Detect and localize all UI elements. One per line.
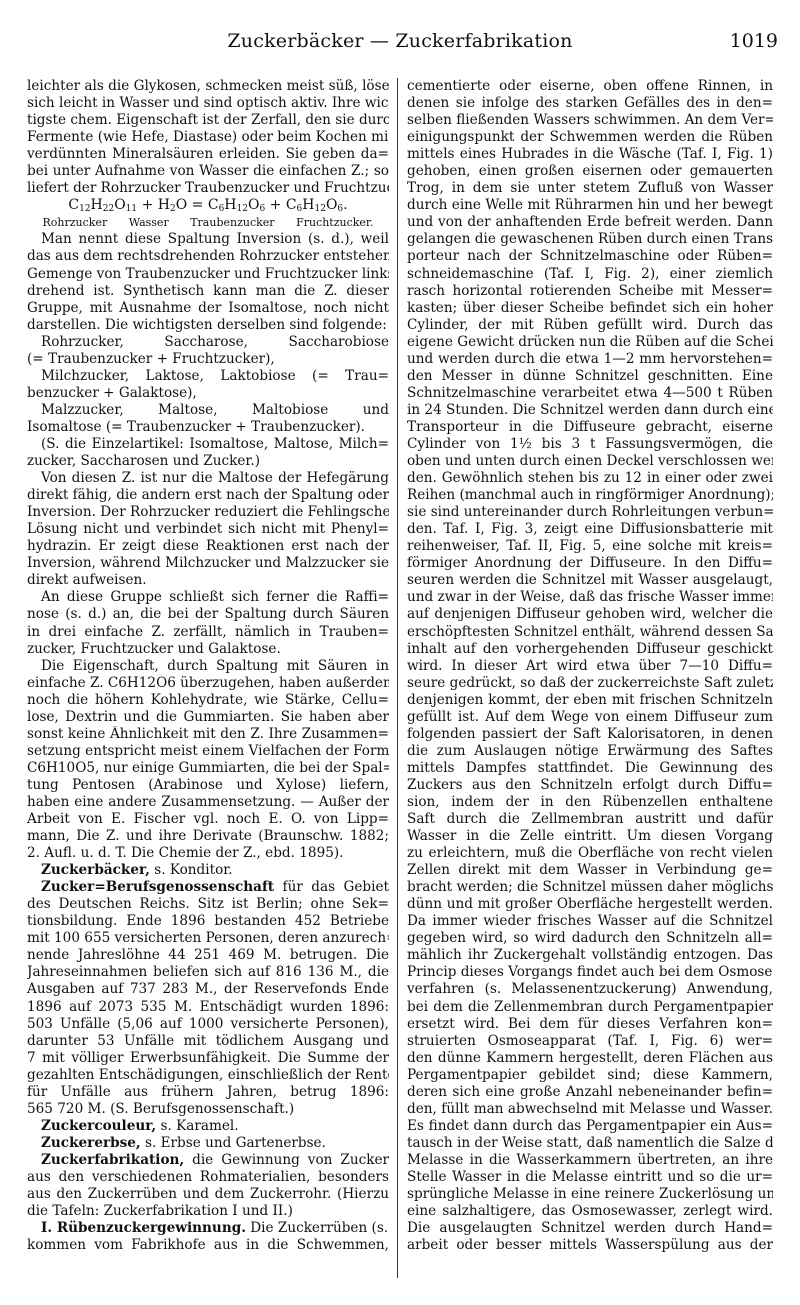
text-line: tausch in der Weise statt, daß namentlic… — [407, 1135, 773, 1152]
text-line: und werden durch die etwa 1—2 mm hervors… — [407, 351, 773, 368]
text-line: Melasse in die Wasserkammern übertreten,… — [407, 1152, 773, 1169]
text-line: den, füllt man abwechselnd mit Melasse u… — [407, 1101, 773, 1118]
text-line: zucker, Saccharosen und Zucker.) — [27, 453, 389, 470]
text-line: cementierte oder eiserne, oben offene Ri… — [407, 78, 773, 95]
headword: Zucker=Berufsgenossenschaft — [41, 879, 274, 895]
ruebenzucker-body: kommen vom Fabrikhofe aus in die Schwemm… — [27, 1237, 389, 1254]
text-line: Jahreseinnahmen beliefen sich auf 816 13… — [27, 964, 389, 981]
text-line: seure gedrückt, so daß der zuckerreichst… — [407, 675, 773, 692]
text-line: ersetzt wird. Bei dem für dieses Verfahr… — [407, 1016, 773, 1033]
text-line: gezahlten Entschädigungen, einschließlic… — [27, 1067, 389, 1084]
headword: Zuckererbse, — [41, 1135, 141, 1151]
text-line: (= Traubenzucker + Fruchtzucker), — [27, 351, 389, 368]
text-line: förmiger Anordnung der Diffuseure. In de… — [407, 555, 773, 572]
text-line: einfache Z. C6H12O6 überzugehen, haben a… — [27, 675, 389, 692]
text-line: gelangen die gewaschenen Rüben durch ein… — [407, 231, 773, 248]
berufsgenossenschaft-body: des Deutschen Reichs. Sitz ist Berlin; o… — [27, 896, 389, 1118]
text-line: Zuckers aus den Schnitzeln erfolgt durch… — [407, 777, 773, 794]
text-line: arbeit oder besser mittels Wasserspülung… — [407, 1237, 773, 1254]
text-line: mann, Die Z. und ihre Derivate (Braunsch… — [27, 828, 389, 845]
text-line: eine salzhaltigere, das Osmosewasser, ze… — [407, 1203, 773, 1220]
text-line: Die Eigenschaft, durch Spaltung mit Säur… — [27, 658, 389, 675]
text-line: bracht werden; die Schnitzel müssen dahe… — [407, 879, 773, 896]
text-line: Schnitzelmaschine verarbeitet etwa 4—500… — [407, 385, 773, 402]
text-line: tigste chem. Eigenschaft ist der Zerfall… — [27, 112, 389, 129]
text-line: seuren werden die Schnitzel mit Wasser a… — [407, 572, 773, 589]
text-line: Pergamentpapier gebildet sind; diese Kam… — [407, 1067, 773, 1084]
text-line: 565 720 M. (S. Berufsgenossenschaft.) — [27, 1101, 389, 1118]
text-line: zu erleichtern, muß die Oberfläche von r… — [407, 845, 773, 862]
text-line: sprüngliche Melasse in eine reinere Zuck… — [407, 1186, 773, 1203]
text-line: Die ausgelaugten Schnitzel werden durch … — [407, 1220, 773, 1237]
text-line: darstellen. Die wichtigsten derselben si… — [27, 317, 389, 334]
text-line: den. Taf. I, Fig. 3, zeigt eine Diffusio… — [407, 521, 773, 538]
text-line: folgenden passiert der Saft Kalorisatore… — [407, 726, 773, 743]
right-column-text: cementierte oder eiserne, oben offene Ri… — [407, 78, 773, 1254]
text-line: Saft durch die Zellmembran austritt und … — [407, 811, 773, 828]
text-line: sonst keine Ähnlichkeit mit den Z. Ihre … — [27, 726, 389, 743]
text-line: nende Jahreslöhne 44 251 469 M. betrugen… — [27, 947, 389, 964]
text-line: bei dem die Zellenmembran durch Pergamen… — [407, 999, 773, 1016]
text-line: die zum Auslaugen nötige Erwärmung des S… — [407, 743, 773, 760]
text-line: denjenigen kommt, der eben mit frischen … — [407, 692, 773, 709]
text-line: darunter 53 Unfälle mit tödlichem Ausgan… — [27, 1033, 389, 1050]
text-line: nose (s. d.) an, die bei der Spaltung du… — [27, 606, 389, 623]
text-line: und von der anhaftenden Erde befreit wer… — [407, 214, 773, 231]
text-line: bei unter Aufnahme von Wasser die einfac… — [27, 163, 389, 180]
text-line: und zwar in der Weise, daß das frische W… — [407, 589, 773, 606]
text-line: oben und unten durch einen Deckel versch… — [407, 453, 773, 470]
text-line: einigungspunkt der Schwemmen werden die … — [407, 129, 773, 146]
headword: Zuckerbäcker, — [41, 862, 150, 878]
text-line: noch die höhern Kohlehydrate, wie Stärke… — [27, 692, 389, 709]
intro-paragraph: leichter als die Glykosen, schmecken mei… — [27, 78, 389, 197]
text-line: C6H10O5, nur einige Gummiarten, die bei … — [27, 760, 389, 777]
text-line: 503 Unfälle (5,06 auf 1000 versicherte P… — [27, 1016, 389, 1033]
text-line: 2. Aufl. u. d. T. Die Chemie der Z., ebd… — [27, 845, 389, 862]
text-line: den Messer in dünne Schnitzel geschnitte… — [407, 368, 773, 385]
text-line: den. Gewöhnlich stehen bis zu 12 in eine… — [407, 470, 773, 487]
text-line: direkt aufweisen. — [27, 572, 389, 589]
text-line: haben eine andere Zusammensetzung. — Auß… — [27, 794, 389, 811]
text-line: aus den Zuckerrüben und dem Zuckerrohr. … — [27, 1186, 389, 1203]
text-line: Princip dieses Vorgangs findet auch bei … — [407, 964, 773, 981]
text-line: den dünne Kammern hergestellt, deren Flä… — [407, 1050, 773, 1067]
text-line: verfahren (s. Melassenentzuckerung) Anwe… — [407, 981, 773, 998]
text-line: Inversion. Der Rohrzucker reduziert die … — [27, 504, 389, 521]
headword: Zuckercouleur, — [41, 1118, 156, 1134]
text-line: durch eine Welle mit Rührarmen hin und h… — [407, 197, 773, 214]
text-line: eigene Gewicht drücken nun die Rüben auf… — [407, 334, 773, 351]
text-line: Cylinder, der mit Rüben gefüllt wird. Du… — [407, 317, 773, 334]
text-line: des Deutschen Reichs. Sitz ist Berlin; o… — [27, 896, 389, 913]
text-line: Malzzucker, Maltose, Maltobiose und — [27, 402, 389, 419]
text-line: tionsbildung. Ende 1896 bestanden 452 Be… — [27, 913, 389, 930]
text-line: auf denjenigen Diffuseur gehoben wird, w… — [407, 606, 773, 623]
text-line: Lösung nicht und verbindet sich nicht mi… — [27, 521, 389, 538]
text-line: Es findet dann durch das Pergamentpapier… — [407, 1118, 773, 1135]
text-line: Milchzucker, Laktose, Laktobiose (= Trau… — [27, 368, 389, 385]
text-line: dünn und mit großer Oberfläche hergestel… — [407, 896, 773, 913]
text-line: inhalt auf den vorhergehenden Diffuseur … — [407, 641, 773, 658]
text-line: Reihen (manchmal auch in ringförmiger An… — [407, 487, 773, 504]
zuckerfabrikation-body: aus den verschiedenen Rohmaterialien, be… — [27, 1169, 389, 1220]
text-line: (S. die Einzelartikel: Isomaltose, Malto… — [27, 436, 389, 453]
text-line: zucker, Fruchtzucker und Galaktose. — [27, 641, 389, 658]
text-line: An diese Gruppe schließt sich ferner die… — [27, 589, 389, 606]
text-line: Von diesen Z. ist nur die Maltose der He… — [27, 470, 389, 487]
text-line: Isomaltose (= Traubenzucker + Traubenzuc… — [27, 419, 389, 436]
text-line: Cylinder von 1½ bis 3 t Fassungsvermögen… — [407, 436, 773, 453]
text-line: struierten Osmoseapparat (Taf. I, Fig. 6… — [407, 1033, 773, 1050]
text-line: Zellen direkt mit dem Wasser in Verbindu… — [407, 862, 773, 879]
text-line: sie sind untereinander durch Rohrleitung… — [407, 504, 773, 521]
entry-zuckercouleur: Zuckercouleur, s. Karamel. — [27, 1118, 389, 1135]
entry-zuckerbaecker: Zuckerbäcker, s. Konditor. — [27, 862, 389, 879]
formula-label: Wasser — [129, 216, 190, 229]
text-line: Rohrzucker, Saccharose, Saccharobiose — [27, 334, 389, 351]
text-line: hydrazin. Er zeigt diese Reaktionen erst… — [27, 538, 389, 555]
section-heading: I. Rübenzuckergewinnung. — [41, 1220, 246, 1236]
text-line: Da immer wieder frisches Wasser auf die … — [407, 913, 773, 930]
text-line: Gemenge von Traubenzucker und Fruchtzuck… — [27, 266, 389, 283]
text-line: deren sich eine große Anzahl nebeneinand… — [407, 1084, 773, 1101]
chemical-formula: C12H22O11 + H2O = C6H12O6 + C6H12O6. — [27, 197, 389, 214]
section-ruebenzucker: I. Rübenzuckergewinnung. Die Zuckerrüben… — [27, 1220, 389, 1237]
text-line: liefert der Rohrzucker Traubenzucker und… — [27, 180, 389, 197]
text-line: erschöpftesten Schnitzel enthält, währen… — [407, 624, 773, 641]
text-line: verdünnten Mineralsäuren erleiden. Sie g… — [27, 146, 389, 163]
text-line: 1896 auf 2073 535 M. Entschädigt wurden … — [27, 999, 389, 1016]
page-header: Zuckerbäcker — Zuckerfabrikation 1019 — [0, 30, 800, 60]
text-line: Stelle Wasser in die Melasse eintritt un… — [407, 1169, 773, 1186]
text-line: drehend ist. Synthetisch kann man die Z.… — [27, 283, 389, 300]
text-line: Trog, in dem sie unter stetem Zufluß von… — [407, 180, 773, 197]
text-line: mittels eines Hubrades in die Wäsche (Ta… — [407, 146, 773, 163]
right-column: cementierte oder eiserne, oben offene Ri… — [407, 78, 773, 1254]
text-line: Wasser in die Zelle eintritt. Um diesen … — [407, 828, 773, 845]
text-line: setzung entspricht meist einem Vielfache… — [27, 743, 389, 760]
text-line: mählich ihr Zuckergehalt vollständig ent… — [407, 947, 773, 964]
text-line: benzucker + Galaktose), — [27, 385, 389, 402]
formula-label: Rohrzucker — [43, 216, 129, 229]
text-line: sion, indem der in den Rübenzellen entha… — [407, 794, 773, 811]
text-line: mittels Dampfes stattfindet. Die Gewinnu… — [407, 760, 773, 777]
column-divider — [397, 78, 398, 1278]
text-line: Man nennt diese Spaltung Inversion (s. d… — [27, 231, 389, 248]
entry-zuckererbse: Zuckererbse, s. Erbse und Gartenerbse. — [27, 1135, 389, 1152]
text-line: selben fließenden Wassers schwimmen. An … — [407, 112, 773, 129]
text-line: reihenweiser, Taf. II, Fig. 5, eine solc… — [407, 538, 773, 555]
text-line: die Tafeln: Zuckerfabrikation I und II.) — [27, 1203, 389, 1220]
running-title: Zuckerbäcker — Zuckerfabrikation — [0, 30, 800, 52]
text-line: kommen vom Fabrikhofe aus in die Schwemm… — [27, 1237, 389, 1254]
text-line: Fermente (wie Hefe, Diastase) oder beim … — [27, 129, 389, 146]
sugar-types-paragraphs: Man nennt diese Spaltung Inversion (s. d… — [27, 231, 389, 862]
text-line: tung Pentosen (Arabinose und Xylose) lie… — [27, 777, 389, 794]
formula-label: Fruchtzucker. — [296, 216, 373, 229]
text-line: das aus dem rechtsdrehenden Rohrzucker e… — [27, 248, 389, 265]
text-line: mit 100 655 versicherten Personen, deren… — [27, 930, 389, 947]
text-line: in 24 Stunden. Die Schnitzel werden dann… — [407, 402, 773, 419]
text-line: gegeben wird, so wird dadurch den Schnit… — [407, 930, 773, 947]
text-line: Inversion, während Milchzucker und Malzz… — [27, 555, 389, 572]
text-line: porteur nach der Schnitzelmaschine oder … — [407, 248, 773, 265]
text-line: aus den verschiedenen Rohmaterialien, be… — [27, 1169, 389, 1186]
text-line: denen sie infolge des starken Gefälles d… — [407, 95, 773, 112]
page-number: 1019 — [730, 30, 778, 52]
text-line: sich leicht in Wasser und sind optisch a… — [27, 95, 389, 112]
text-line: Transporteur in die Diffuseure gebracht,… — [407, 419, 773, 436]
text-line: gefüllt ist. Auf dem Wege von einem Diff… — [407, 709, 773, 726]
text-line: leichter als die Glykosen, schmecken mei… — [27, 78, 389, 95]
text-line: lose, Dextrin und die Gummiarten. Sie ha… — [27, 709, 389, 726]
text-line: für Unfälle aus frühern Jahren, betrug 1… — [27, 1084, 389, 1101]
text-line: kasten; über dieser Scheibe befindet sic… — [407, 300, 773, 317]
text-line: schneidemaschine (Taf. I, Fig. 2), einer… — [407, 266, 773, 283]
entry-zuckerfabrikation: Zuckerfabrikation, die Gewinnung von Zuc… — [27, 1152, 389, 1169]
text-line: 7 mit völliger Erwerbsunfähigkeit. Die S… — [27, 1050, 389, 1067]
entry-berufsgenossenschaft: Zucker=Berufsgenossenschaft für das Gebi… — [27, 879, 389, 896]
text-line: direkt fähig, die andern erst nach der S… — [27, 487, 389, 504]
formula-labels: Rohrzucker Wasser Traubenzucker Fruchtzu… — [27, 214, 389, 231]
text-line: Gruppe, mit Ausnahme der Isomaltose, noc… — [27, 300, 389, 317]
formula-label: Traubenzucker — [190, 216, 296, 229]
text-line: Arbeit von E. Fischer vgl. noch E. O. vo… — [27, 811, 389, 828]
left-column: leichter als die Glykosen, schmecken mei… — [27, 78, 389, 1254]
text-line: in drei einfache Z. zerfällt, nämlich in… — [27, 624, 389, 641]
text-line: gehoben, einen großen eisernen oder gema… — [407, 163, 773, 180]
text-line: wird. In dieser Art wird etwa über 7—10 … — [407, 658, 773, 675]
headword: Zuckerfabrikation, — [41, 1152, 184, 1168]
text-line: rasch horizontal rotierenden Scheibe mit… — [407, 283, 773, 300]
text-line: Ausgaben auf 737 283 M., der Reservefond… — [27, 981, 389, 998]
